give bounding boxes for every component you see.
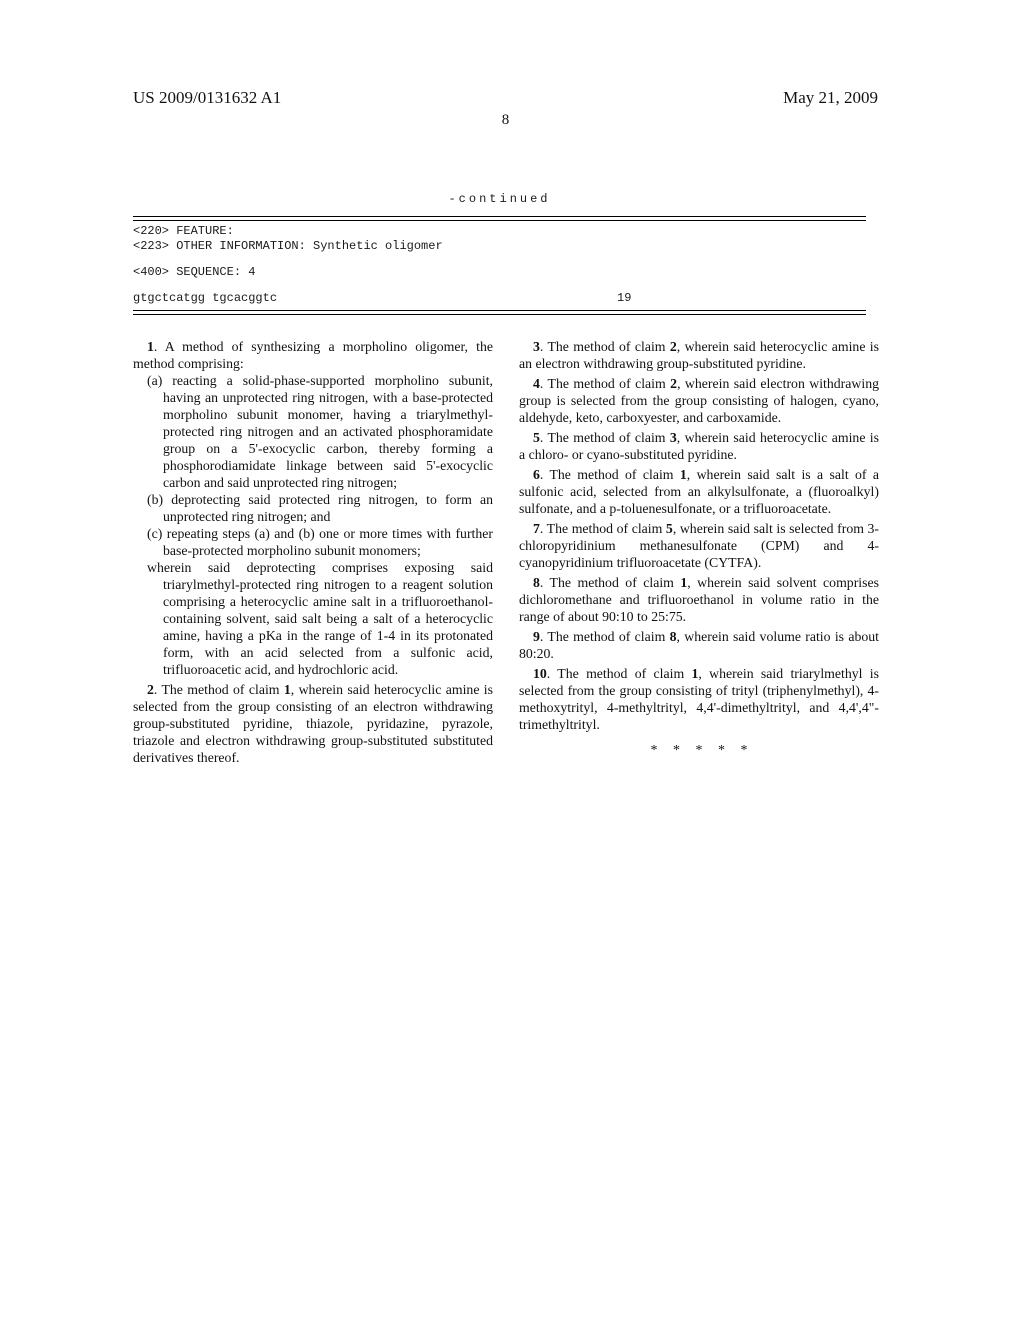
sequence-listing: -continued <220> FEATURE:<223> OTHER INF… xyxy=(133,192,866,315)
listing-blank-line xyxy=(133,254,866,265)
claim-paragraph: 1. A method of synthesizing a morpholino… xyxy=(133,338,493,372)
listing-blank-line xyxy=(133,280,866,291)
claims-end-marker: * * * * * xyxy=(519,742,879,759)
patent-page: US 2009/0131632 A1 May 21, 2009 8 -conti… xyxy=(0,0,1024,1320)
claim-paragraph: 4. The method of claim 2, wherein said e… xyxy=(519,375,879,426)
claims-right-paragraphs: 3. The method of claim 2, wherein said h… xyxy=(519,338,879,733)
listing-bottom-rule xyxy=(133,310,866,315)
listing-line: <400> SEQUENCE: 4 xyxy=(133,265,866,280)
sequence-text: gtgctcatgg tgcacggtc xyxy=(133,291,277,305)
continued-label: -continued xyxy=(133,192,866,206)
claims-column-left: 1. A method of synthesizing a morpholino… xyxy=(133,338,493,766)
claim-sub-paragraph: (c) repeating steps (a) and (b) one or m… xyxy=(133,525,493,559)
patent-number: US 2009/0131632 A1 xyxy=(133,88,281,108)
listing-line: <223> OTHER INFORMATION: Synthetic oligo… xyxy=(133,239,866,254)
publication-date: May 21, 2009 xyxy=(783,88,878,108)
claim-paragraph: 8. The method of claim 1, wherein said s… xyxy=(519,574,879,625)
claim-paragraph: 2. The method of claim 1, wherein said h… xyxy=(133,681,493,766)
claim-paragraph: 9. The method of claim 8, wherein said v… xyxy=(519,628,879,662)
listing-body: <220> FEATURE:<223> OTHER INFORMATION: S… xyxy=(133,221,866,291)
claim-paragraph: 6. The method of claim 1, wherein said s… xyxy=(519,466,879,517)
claim-paragraph: 5. The method of claim 3, wherein said h… xyxy=(519,429,879,463)
claim-paragraph: 7. The method of claim 5, wherein said s… xyxy=(519,520,879,571)
listing-line: <220> FEATURE: xyxy=(133,224,866,239)
sequence-line: gtgctcatgg tgcacggtc 19 xyxy=(133,291,866,306)
page-header: US 2009/0131632 A1 May 21, 2009 xyxy=(133,88,878,108)
claim-sub-paragraph: (a) reacting a solid-phase-supported mor… xyxy=(133,372,493,491)
claims-column-right: 3. The method of claim 2, wherein said h… xyxy=(519,338,879,759)
claim-paragraph: 10. The method of claim 1, wherein said … xyxy=(519,665,879,733)
claim-sub-paragraph: wherein said deprotecting comprises expo… xyxy=(133,559,493,678)
claims-left-paragraphs: 1. A method of synthesizing a morpholino… xyxy=(133,338,493,766)
sequence-length: 19 xyxy=(617,291,631,306)
claim-paragraph: 3. The method of claim 2, wherein said h… xyxy=(519,338,879,372)
page-number: 8 xyxy=(133,112,878,129)
claim-sub-paragraph: (b) deprotecting said protected ring nit… xyxy=(133,491,493,525)
